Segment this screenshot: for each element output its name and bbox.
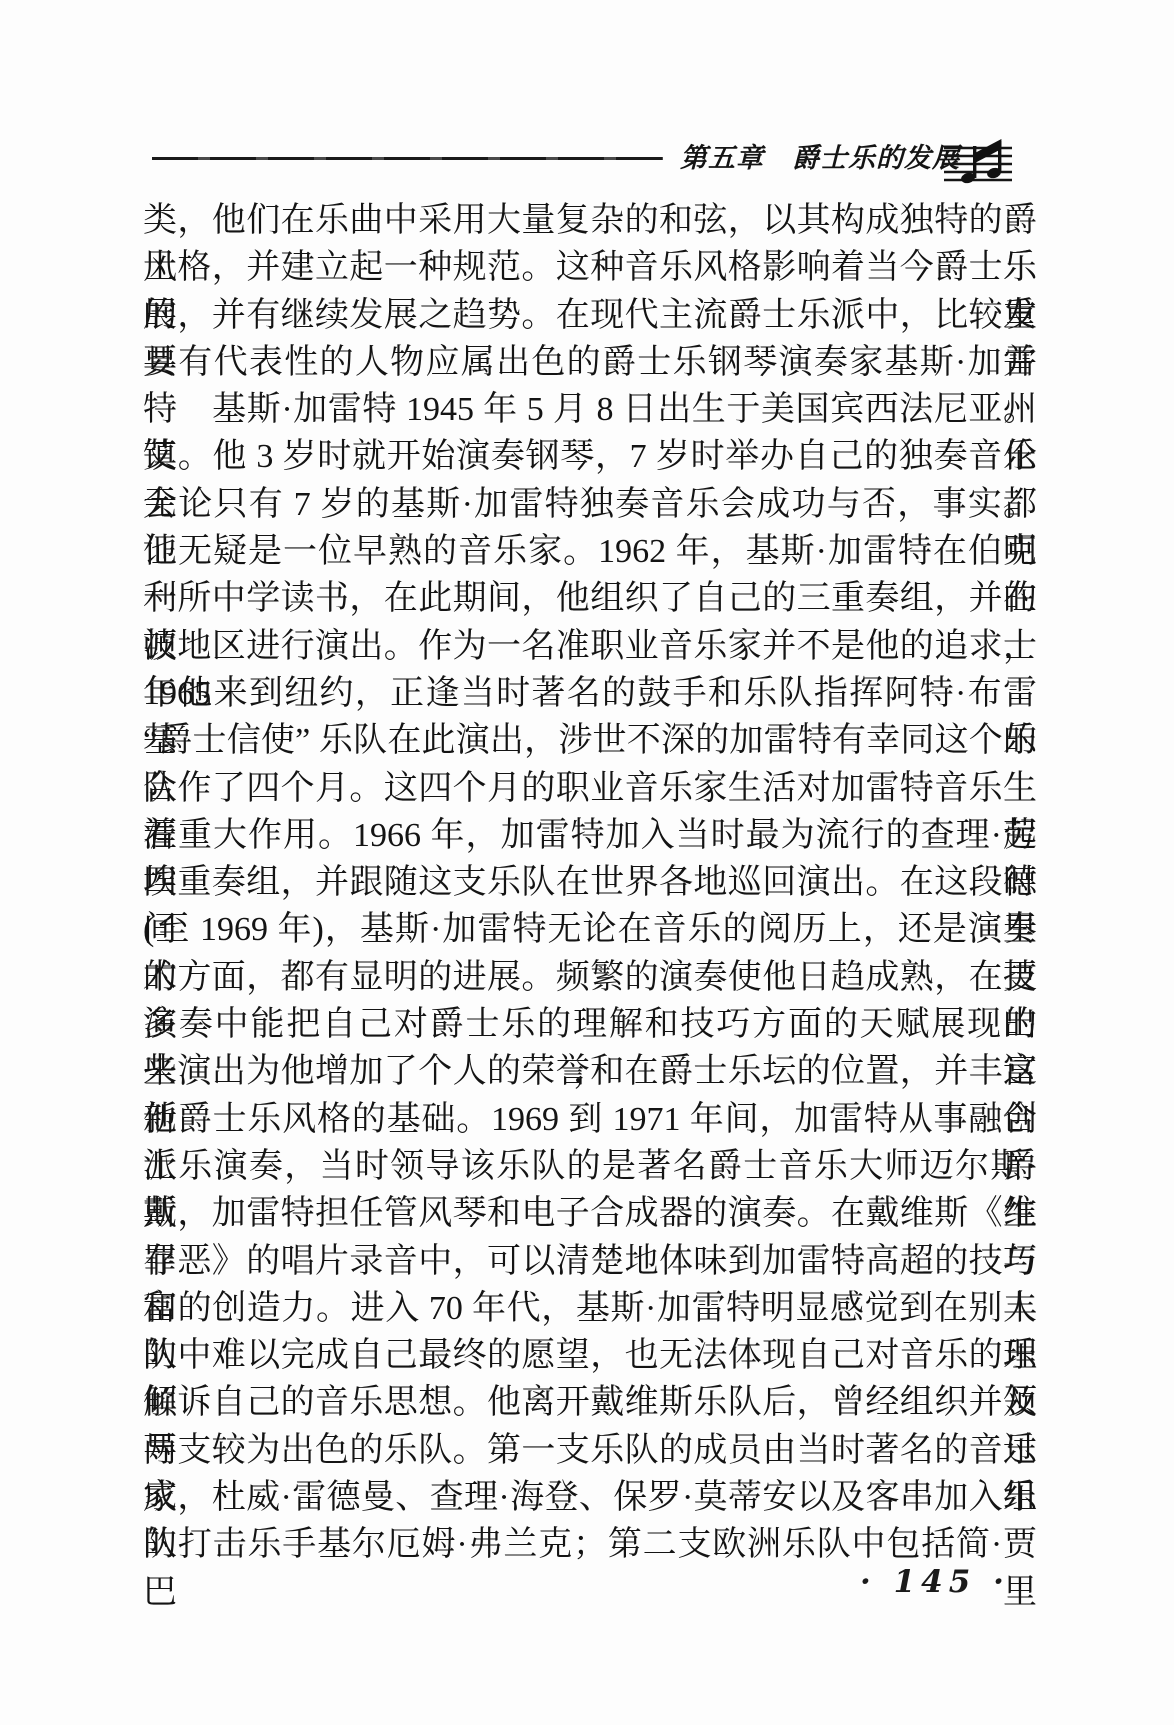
text-line: 无论只有 7 岁的基斯·加雷特独奏音乐会成功与否，事实都证明 xyxy=(143,481,1037,528)
text-line: 些演出为他增加了个人的荣誉和在爵士乐坛的位置，并丰富他创 xyxy=(143,1048,1037,1095)
text-line: 顿地区进行演出。作为一名准职业音乐家并不是他的追求，1965 xyxy=(143,623,1037,670)
text-line: 年他来到纽约，正逢当时著名的鼓手和乐队指挥阿特·布雷基的 xyxy=(143,670,1037,717)
text-line: 类，他们在乐曲中采用大量复杂的和弦，以其构成独特的爵士乐 xyxy=(143,197,1037,244)
text-line: 术方面，都有显明的进展。频繁的演奏使他日趋成熟，在更多的 xyxy=(143,954,1037,1001)
music-notes-staff-icon xyxy=(942,136,1014,190)
text-line: 倾诉自己的音乐思想。他离开戴维斯乐队后，曾经组织并领导过 xyxy=(143,1379,1037,1426)
body-text: 类，他们在乐曲中采用大量复杂的和弦，以其构成独特的爵士乐 风格，并建立起一种规范… xyxy=(143,197,1037,1569)
text-line: (至 1969 年)，基斯·加雷特无论在音乐的阅历上，还是演奏的技 xyxy=(143,906,1037,953)
text-line: 队中难以完成自己最终的愿望，也无法体现自己对音乐的理解及 xyxy=(143,1332,1037,1379)
header-rule xyxy=(152,157,663,160)
page-number: · 145 · xyxy=(860,1563,1010,1601)
text-line: 斯，加雷特担任管风琴和电子合成器的演奏。在戴维斯《生存与 xyxy=(143,1190,1037,1237)
text-line: 富的创造力。进入 70 年代，基斯·加雷特明显感觉到在别人的乐 xyxy=(143,1285,1037,1332)
text-line: “爵士信使” 乐队在此演出，涉世不深的加雷特有幸同这个乐队 xyxy=(143,717,1037,764)
text-line: 合作了四个月。这四个月的职业音乐家生活对加雷特音乐生涯起 xyxy=(143,765,1037,812)
text-line: 士乐演奏，当时领导该乐队的是著名爵士音乐大师迈尔斯·戴维 xyxy=(143,1143,1037,1190)
text-line: 具有代表性的人物应属出色的爵士乐钢琴演奏家基斯·加雷特。 xyxy=(143,339,1037,386)
text-line: 风格，并建立起一种规范。这种音乐风格影响着当今爵士乐的发 xyxy=(143,244,1037,291)
text-line: 着重大作用。1966 年，加雷特加入当时最为流行的查理·劳埃德 xyxy=(143,812,1037,859)
text-line: 新爵士乐风格的基础。1969 到 1971 年间，加雷特从事融合派爵 xyxy=(143,1096,1037,1143)
text-line: 四重奏组，并跟随这支乐队在世界各地巡回演出。在这段时间里 xyxy=(143,859,1037,906)
text-line: 他无疑是一位早熟的音乐家。1962 年，基斯·加雷特在伯克利的 xyxy=(143,528,1037,575)
book-page: 第五章 爵士乐的发展 类，他们在乐曲中采用大量复杂的和弦，以其构成独特的爵士乐 … xyxy=(0,0,1174,1725)
text-line: 的打击乐手基尔厄姆·弗兰克；第二支欧洲乐队中包括简·贾巴里 xyxy=(143,1521,1037,1568)
text-line: 镇。他 3 岁时就开始演奏钢琴，7 岁时举办自己的独奏音乐会。 xyxy=(143,433,1037,480)
text-line: 基斯·加雷特 1945 年 5 月 8 日出生于美国宾西法尼亚州艾伦 xyxy=(143,386,1037,433)
text-line: 演奏中能把自己对爵士乐的理解和技巧方面的天赋展现出来，这 xyxy=(143,1001,1037,1048)
text-line: 展，并有继续发展之趋势。在现代主流爵士乐派中，比较重要并 xyxy=(143,292,1037,339)
text-line: 一所中学读书，在此期间，他组织了自己的三重奏组，并在波士 xyxy=(143,575,1037,622)
text-line: 罪恶》的唱片录音中，可以清楚地体味到加雷特高超的技巧和丰 xyxy=(143,1238,1037,1285)
chapter-title: 第五章 爵士乐的发展 xyxy=(680,141,960,175)
text-line: 两支较为出色的乐队。第一支乐队的成员由当时著名的音乐家组 xyxy=(143,1427,1037,1474)
text-line: 成，杜威·雷德曼、查理·海登、保罗·莫蒂安以及客串加入乐队 xyxy=(143,1474,1037,1521)
